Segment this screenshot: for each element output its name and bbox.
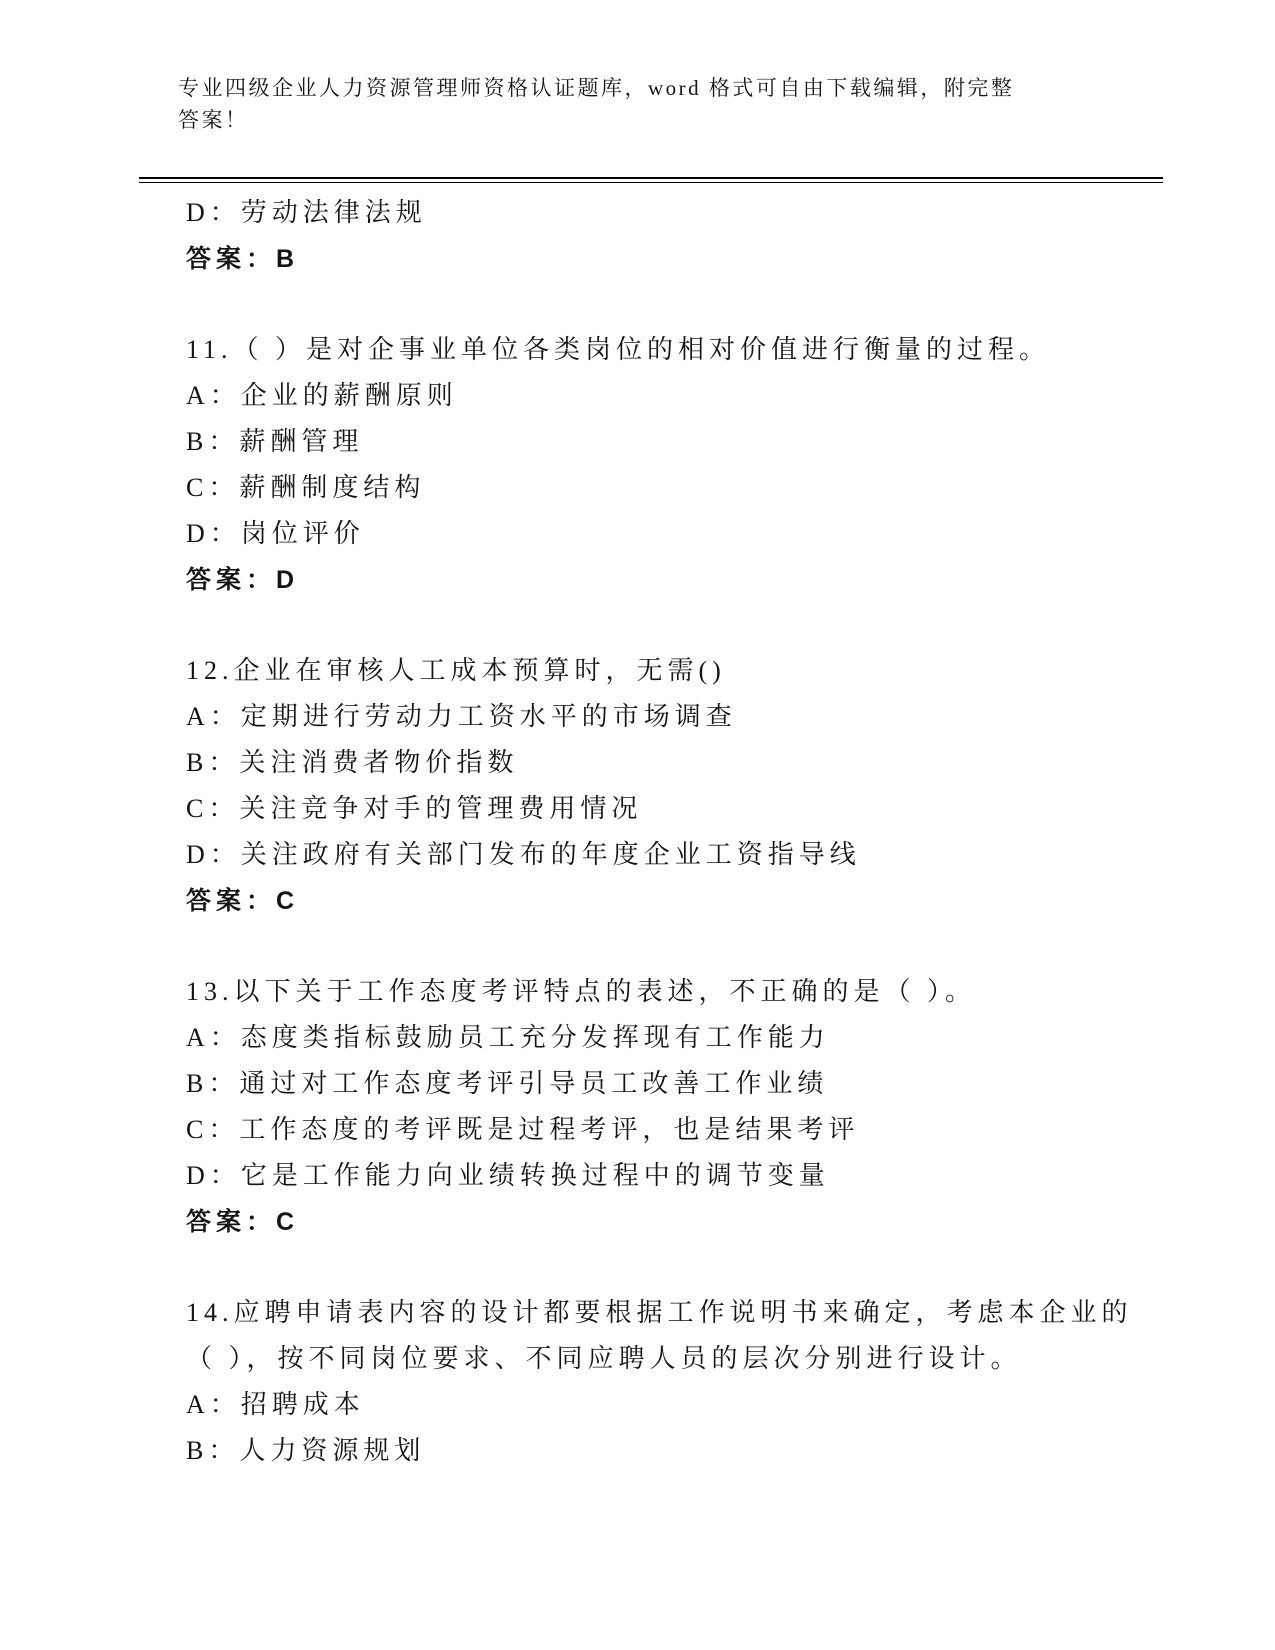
option-line: B：通过对工作态度考评引导员工改善工作业绩 [186,1061,1146,1107]
option-line: A：招聘成本 [186,1382,1146,1428]
option-line: C：关注竞争对手的管理费用情况 [186,786,1146,832]
question-title-line: 12.企业在审核人工成本预算时，无需() [186,648,1146,694]
question-title-line: 14.应聘申请表内容的设计都要根据工作说明书来确定，考虑本企业的 [186,1290,1146,1336]
option-line: D：劳动法律法规 [186,190,1146,236]
option-line: B：关注消费者物价指数 [186,740,1146,786]
answer-line: 答案：D [186,557,1146,603]
question-title-line: 11.（ ）是对企事业单位各类岗位的相对价值进行衡量的过程。 [186,327,1146,373]
option-line: C：薪酬制度结构 [186,465,1146,511]
option-line: A：态度类指标鼓励员工充分发挥现有工作能力 [186,1015,1146,1061]
question-11: 11.（ ）是对企事业单位各类岗位的相对价值进行衡量的过程。A：企业的薪酬原则B… [186,327,1146,603]
answer-line: 答案：C [186,878,1146,924]
question-14: 14.应聘申请表内容的设计都要根据工作说明书来确定，考虑本企业的（ ），按不同岗… [186,1290,1146,1474]
question-12: 12.企业在审核人工成本预算时，无需()A：定期进行劳动力工资水平的市场调查B：… [186,648,1146,924]
option-line: A：企业的薪酬原则 [186,373,1146,419]
question-title-line: 13.以下关于工作态度考评特点的表述，不正确的是（ ）。 [186,969,1146,1015]
option-line: B：人力资源规划 [186,1428,1146,1474]
header-line-2: 答案！ [178,104,1138,136]
option-line: A：定期进行劳动力工资水平的市场调查 [186,694,1146,740]
answer-line: 答案：C [186,1199,1146,1245]
option-line: D：它是工作能力向业绩转换过程中的调节变量 [186,1153,1146,1199]
page-header: 专业四级企业人力资源管理师资格认证题库，word 格式可自由下载编辑，附完整 答… [178,72,1138,136]
answer-line: 答案：B [186,236,1146,282]
option-line: C：工作态度的考评既是过程考评，也是结果考评 [186,1107,1146,1153]
question-13: 13.以下关于工作态度考评特点的表述，不正确的是（ ）。A：态度类指标鼓励员工充… [186,969,1146,1245]
header-line-1: 专业四级企业人力资源管理师资格认证题库，word 格式可自由下载编辑，附完整 [178,72,1138,104]
document-body: D：劳动法律法规答案：B11.（ ）是对企事业单位各类岗位的相对价值进行衡量的过… [186,190,1146,1474]
option-line: D：关注政府有关部门发布的年度企业工资指导线 [186,832,1146,878]
document-page: 专业四级企业人力资源管理师资格认证题库，word 格式可自由下载编辑，附完整 答… [0,0,1275,1650]
option-line: B：薪酬管理 [186,419,1146,465]
question-title-line: （ ），按不同岗位要求、不同应聘人员的层次分别进行设计。 [186,1336,1146,1382]
header-divider-rule [139,177,1163,183]
option-line: D：岗位评价 [186,511,1146,557]
